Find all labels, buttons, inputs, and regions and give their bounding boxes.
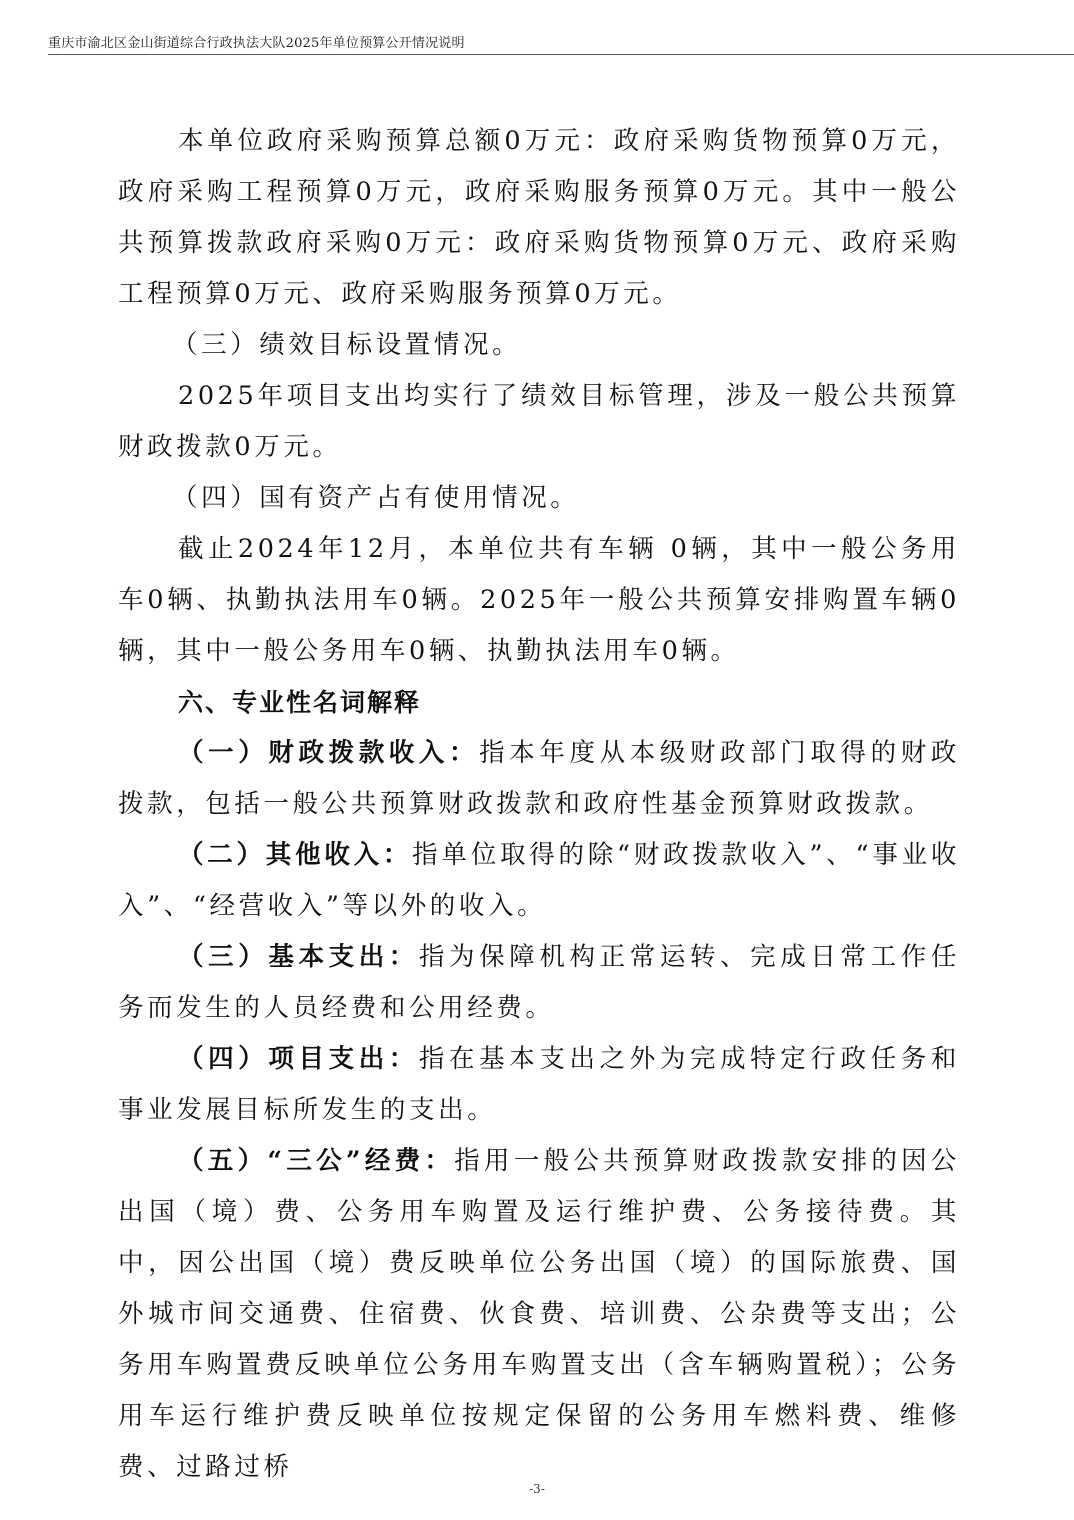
paragraph-assets: 截止2024年12月，本单位共有车辆 0辆，其中一般公务用车0辆、执勤执法用车0… xyxy=(118,524,960,677)
subheading-performance: （三）绩效目标设置情况。 xyxy=(118,320,960,371)
section-heading-terms: 六、专业性名词解释 xyxy=(118,677,960,728)
paragraph-performance: 2025年项目支出均实行了绩效目标管理，涉及一般公共预算财政拨款0万元。 xyxy=(118,371,960,473)
term-text: 指用一般公共预算财政拨款安排的因公出国（境）费、公务用车购置及运行维护费、公务接… xyxy=(118,1146,960,1482)
page-header: 重庆市渝北区金山街道综合行政执法大队2025年单位预算公开情况说明 xyxy=(48,30,1074,55)
paragraph-procurement: 本单位政府采购预算总额0万元：政府采购货物预算0万元，政府采购工程预算0万元，政… xyxy=(118,116,960,320)
term-definition-three-public-expenses: （五）“三公”经费：指用一般公共预算财政拨款安排的因公出国（境）费、公务用车购置… xyxy=(118,1136,960,1493)
term-definition-project-expenditure: （四）项目支出：指在基本支出之外为完成特定行政任务和事业发展目标所发生的支出。 xyxy=(118,1034,960,1136)
term-label: （三）基本支出： xyxy=(178,942,419,972)
subheading-assets: （四）国有资产占有使用情况。 xyxy=(118,473,960,524)
term-label: （五）“三公”经费： xyxy=(178,1146,454,1176)
page-number: -3- xyxy=(0,1482,1074,1496)
term-definition-other-income: （二）其他收入：指单位取得的除“财政拨款收入”、“事业收入”、“经营收入”等以外… xyxy=(118,830,960,932)
term-label: （一）财政拨款收入： xyxy=(178,738,479,768)
term-definition-fiscal-allocation-income: （一）财政拨款收入：指本年度从本级财政部门取得的财政拨款，包括一般公共预算财政拨… xyxy=(118,728,960,830)
term-label: （二）其他收入： xyxy=(178,840,412,870)
document-body: 本单位政府采购预算总额0万元：政府采购货物预算0万元，政府采购工程预算0万元，政… xyxy=(118,116,960,1493)
term-definition-basic-expenditure: （三）基本支出：指为保障机构正常运转、完成日常工作任务而发生的人员经费和公用经费… xyxy=(118,932,960,1034)
term-label: （四）项目支出： xyxy=(178,1044,419,1074)
header-title: 重庆市渝北区金山街道综合行政执法大队2025年单位预算公开情况说明 xyxy=(48,32,465,51)
